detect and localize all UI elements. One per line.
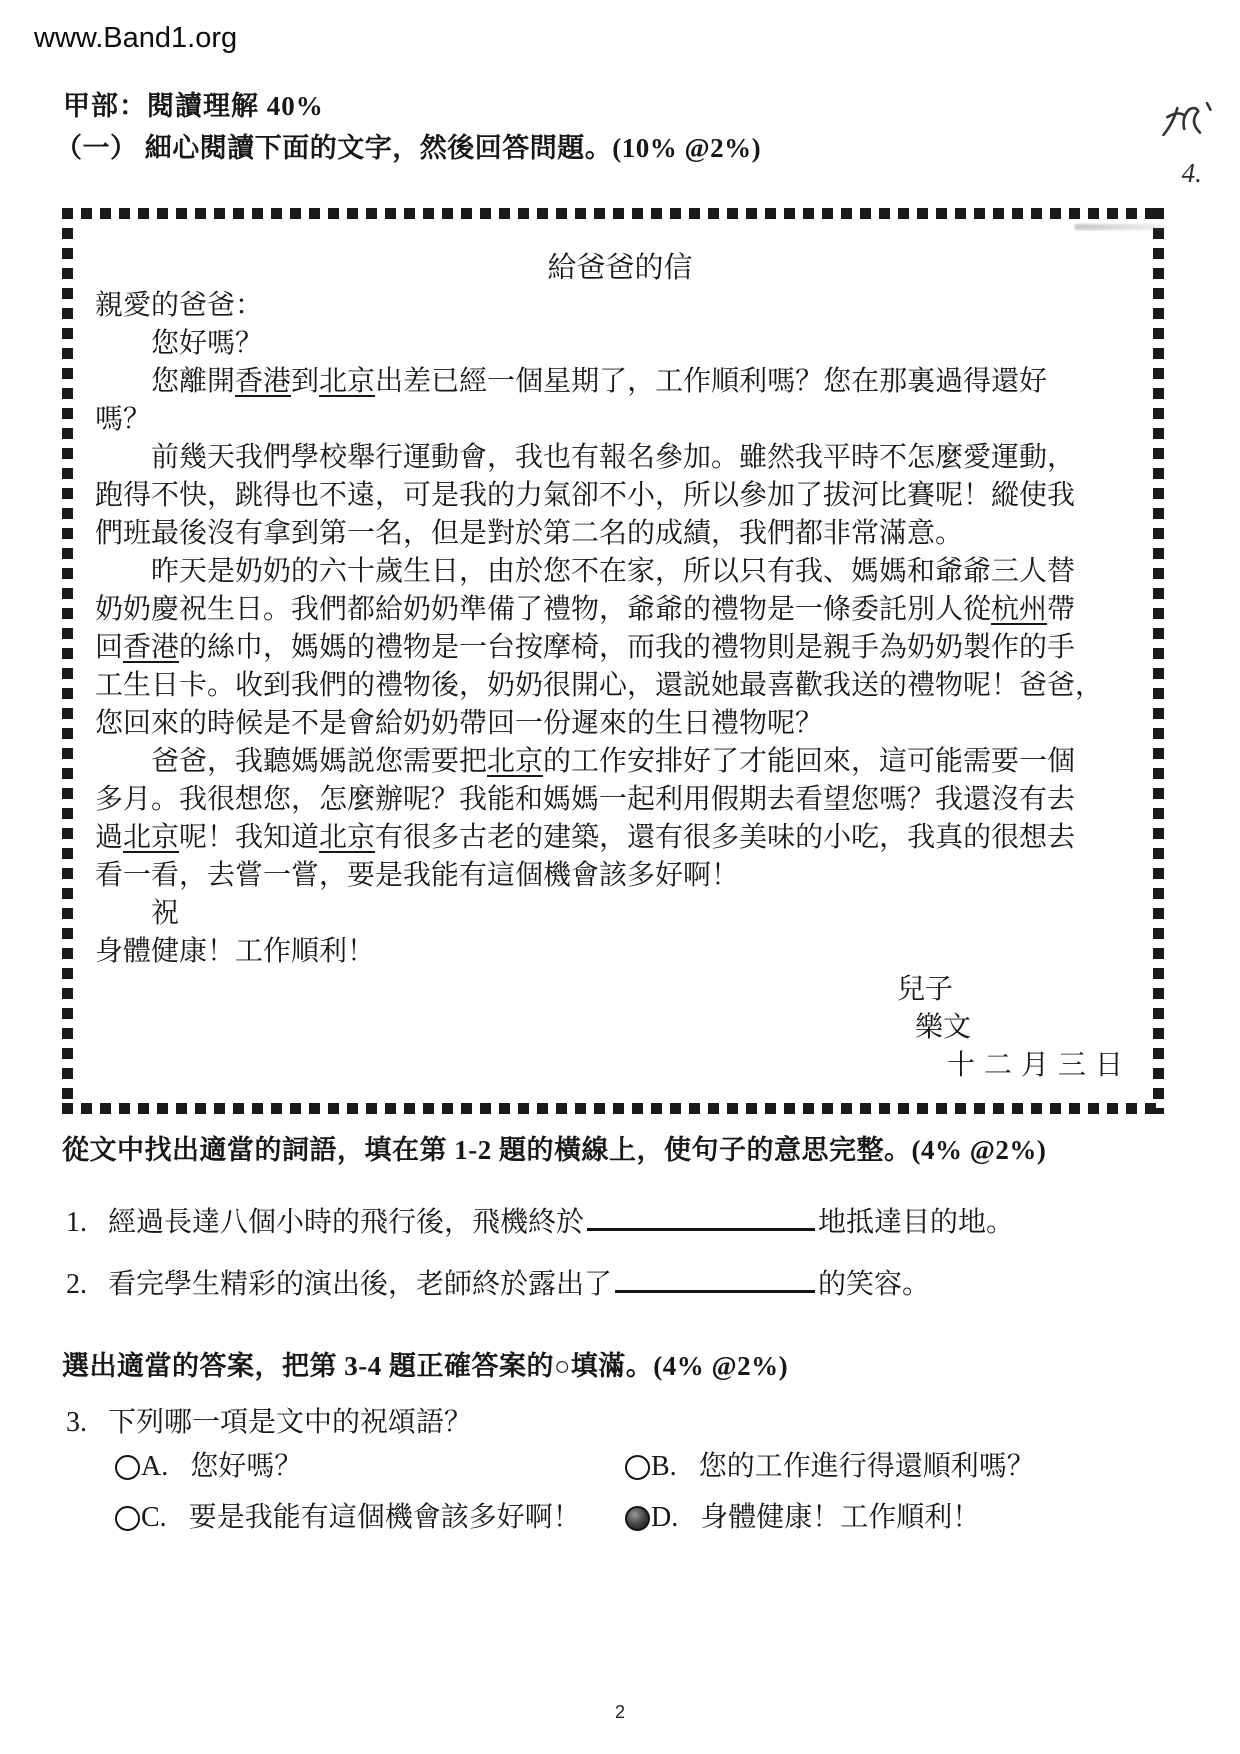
- answer-option: A.您好嗎？: [115, 1444, 625, 1482]
- signoff-name: 樂文: [95, 1009, 1145, 1047]
- question-text-before-blank: 看完學生精彩的演出後，老師終於露出了: [108, 1269, 612, 1300]
- option-text: 身體健康！工作順利！: [700, 1502, 980, 1533]
- letter-salutation: 親愛的爸爸：: [95, 287, 1145, 325]
- question-number: 1.: [66, 1207, 108, 1239]
- underlined-place-name: 杭州: [991, 594, 1047, 625]
- page-number: 2: [0, 1702, 1240, 1723]
- signoff-date: 十二月三日: [95, 1047, 1145, 1085]
- letter-text: 看一看，去嘗一嘗，要是我能有這個機會該多好啊！: [95, 860, 739, 891]
- letter-body: 您好嗎？您離開香港到北京出差已經一個星期了，工作順利嗎？您在那裏過得還好嗎？前幾…: [95, 325, 1145, 971]
- answer-options: A.您好嗎？B.您的工作進行得還順利嗎？C.要是我能有這個機會該多好啊！D.身體…: [115, 1444, 1035, 1533]
- letter-text: 們班最後沒有拿到第一名，但是對於第二名的成績，我們都非常滿意。: [95, 518, 963, 549]
- underlined-place-name: 北京: [123, 822, 179, 853]
- answer-bubble-empty: [115, 1506, 140, 1531]
- answer-bubble-filled: [625, 1506, 650, 1531]
- letter-text: 奶奶慶祝生日。我們都給奶奶準備了禮物，爺爺的禮物是一條委託別人從: [95, 594, 991, 625]
- letter-text: 跑得不快，跳得也不遠，可是我的力氣卻不小，所以參加了拔河比賽呢！縱使我: [95, 480, 1075, 511]
- fill-in-questions: 1.經過長達八個小時的飛行後，飛機終於地抵達目的地。2.看完學生精彩的演出後，老…: [66, 1200, 1014, 1324]
- letter-text: 到: [291, 366, 319, 397]
- underlined-place-name: 香港: [123, 632, 179, 663]
- question-3-text: 下列哪一項是文中的祝頌語？: [108, 1407, 472, 1438]
- option-text: 要是我能有這個機會該多好啊！: [189, 1502, 581, 1533]
- letter-line: 爸爸，我聽媽媽説您需要把北京的工作安排好了才能回來，這可能需要一個: [95, 743, 1145, 781]
- letter-line: 奶奶慶祝生日。我們都給奶奶準備了禮物，爺爺的禮物是一條委託別人從杭州帶: [95, 591, 1145, 629]
- answer-option: D.身體健康！工作順利！: [625, 1495, 1035, 1533]
- letter-text: 帶: [1047, 594, 1075, 625]
- question-3-number: 3.: [66, 1407, 108, 1439]
- option-letter: A.: [141, 1451, 168, 1482]
- letter-line: 嗎？: [95, 401, 1145, 439]
- option-text: 您好嗎？: [190, 1451, 302, 1482]
- letter-line: 回香港的絲巾，媽媽的禮物是一台按摩椅，而我的禮物則是親手為奶奶製作的手: [95, 629, 1145, 667]
- letter-line: 祝: [95, 895, 1145, 933]
- letter-text: 回: [95, 632, 123, 663]
- letter-box: 給爸爸的信 親愛的爸爸： 您好嗎？您離開香港到北京出差已經一個星期了，工作順利嗎…: [62, 208, 1164, 1114]
- answer-option: B.您的工作進行得還順利嗎？: [625, 1444, 1035, 1482]
- part-instruction: （一） 細心閱讀下面的文字，然後回答問題。(10% @2%): [55, 126, 761, 165]
- option-letter: D.: [651, 1502, 678, 1533]
- question-text-after-blank: 地抵達目的地。: [818, 1207, 1014, 1238]
- signoff-role: 兒子: [95, 971, 1145, 1009]
- letter-text: 的工作安排好了才能回來，這可能需要一個: [543, 746, 1075, 777]
- letter-text: 您好嗎？: [151, 328, 263, 359]
- underlined-place-name: 北京: [487, 746, 543, 777]
- letter-text: 祝: [151, 898, 179, 929]
- option-letter: C.: [141, 1502, 167, 1533]
- question-text-before-blank: 經過長達八個小時的飛行後，飛機終於: [108, 1207, 584, 1238]
- letter-text: 的絲巾，媽媽的禮物是一台按摩椅，而我的禮物則是親手為奶奶製作的手: [179, 632, 1075, 663]
- letter-text: 爸爸，我聽媽媽説您需要把: [151, 746, 487, 777]
- answer-blank-line: [615, 1288, 815, 1293]
- letter-line: 們班最後沒有拿到第一名，但是對於第二名的成績，我們都非常滿意。: [95, 515, 1145, 553]
- letter-line: 看一看，去嘗一嘗，要是我能有這個機會該多好啊！: [95, 857, 1145, 895]
- option-letter: B.: [651, 1451, 677, 1482]
- answer-bubble-empty: [115, 1455, 140, 1480]
- answer-bubble-empty: [625, 1455, 650, 1480]
- letter-line: 您好嗎？: [95, 325, 1145, 363]
- fill-in-question: 2.看完學生精彩的演出後，老師終於露出了的笑容。: [66, 1262, 1014, 1300]
- letter-text: 工生日卡。收到我們的禮物後，奶奶很開心，還説她最喜歡我送的禮物呢！爸爸，: [95, 670, 1103, 701]
- question-text-after-blank: 的笑容。: [818, 1269, 930, 1300]
- dashed-border-left: [62, 208, 73, 1114]
- underlined-place-name: 北京: [319, 822, 375, 853]
- letter-text: 呢！我知道: [179, 822, 319, 853]
- letter-line: 過北京呢！我知道北京有很多古老的建築，還有很多美味的小吃，我真的很想去: [95, 819, 1145, 857]
- letter-text: 您離開: [151, 366, 235, 397]
- fill-in-question: 1.經過長達八個小時的飛行後，飛機終於地抵達目的地。: [66, 1200, 1014, 1238]
- dashed-border-right: [1153, 208, 1164, 1114]
- letter-line: 身體健康！工作順利！: [95, 933, 1145, 971]
- underlined-place-name: 香港: [235, 366, 291, 397]
- letter-text: 昨天是奶奶的六十歲生日，由於您不在家，所以只有我、媽媽和爺爺三人替: [151, 556, 1075, 587]
- question-3: 3.下列哪一項是文中的祝頌語？: [66, 1400, 472, 1440]
- exam-page: www.Band1.org 甲部：閱讀理解 40% （一） 細心閱讀下面的文字，…: [0, 0, 1240, 1754]
- letter-text: 有很多古老的建築，還有很多美味的小吃，我真的很想去: [375, 822, 1075, 853]
- letter-line: 前幾天我們學校舉行運動會，我也有報名參加。雖然我平時不怎麼愛運動，: [95, 439, 1145, 477]
- question-number: 2.: [66, 1269, 108, 1301]
- letter-line: 跑得不快，跳得也不遠，可是我的力氣卻不小，所以參加了拔河比賽呢！縱使我: [95, 477, 1145, 515]
- letter-text: 出差已經一個星期了，工作順利嗎？您在那裏過得還好: [375, 366, 1047, 397]
- dashed-border-top: [62, 208, 1164, 219]
- letter-line: 工生日卡。收到我們的禮物後，奶奶很開心，還説她最喜歡我送的禮物呢！爸爸，: [95, 667, 1145, 705]
- multiple-choice-instruction: 選出適當的答案，把第 3-4 題正確答案的○填滿。(4% @2%): [62, 1344, 788, 1383]
- handwritten-annotations: 4.: [1152, 93, 1233, 210]
- letter-content: 給爸爸的信 親愛的爸爸： 您好嗎？您離開香港到北京出差已經一個星期了，工作順利嗎…: [73, 219, 1153, 1103]
- letter-title: 給爸爸的信: [95, 249, 1145, 287]
- option-text: 您的工作進行得還順利嗎？: [699, 1451, 1035, 1482]
- letter-line: 您離開香港到北京出差已經一個星期了，工作順利嗎？您在那裏過得還好: [95, 363, 1145, 401]
- letter-text: 過: [95, 822, 123, 853]
- letter-text: 前幾天我們學校舉行運動會，我也有報名參加。雖然我平時不怎麼愛運動，: [151, 442, 1075, 473]
- answer-option: C.要是我能有這個機會該多好啊！: [115, 1495, 625, 1533]
- letter-text: 您回來的時候是不是會給奶奶帶回一份遲來的生日禮物呢？: [95, 708, 823, 739]
- letter-line: 您回來的時候是不是會給奶奶帶回一份遲來的生日禮物呢？: [95, 705, 1145, 743]
- fill-in-instruction: 從文中找出適當的詞語，填在第 1-2 題的橫線上，使句子的意思完整。(4% @2…: [62, 1128, 1046, 1167]
- pen-scribble-icon: [1158, 93, 1218, 158]
- letter-text: 身體健康！工作順利！: [95, 936, 375, 967]
- handwritten-grade-mark: 4.: [1182, 158, 1202, 189]
- site-watermark: www.Band1.org: [34, 22, 237, 55]
- section-title: 甲部：閱讀理解 40%: [63, 84, 324, 123]
- letter-line: 多月。我很想您，怎麼辦呢？我能和媽媽一起利用假期去看望您嗎？我還沒有去: [95, 781, 1145, 819]
- dashed-border-bottom: [62, 1103, 1164, 1114]
- underlined-place-name: 北京: [319, 366, 375, 397]
- answer-blank-line: [587, 1226, 815, 1231]
- letter-text: 多月。我很想您，怎麼辦呢？我能和媽媽一起利用假期去看望您嗎？我還沒有去: [95, 784, 1075, 815]
- letter-line: 昨天是奶奶的六十歲生日，由於您不在家，所以只有我、媽媽和爺爺三人替: [95, 553, 1145, 591]
- letter-text: 嗎？: [95, 404, 151, 435]
